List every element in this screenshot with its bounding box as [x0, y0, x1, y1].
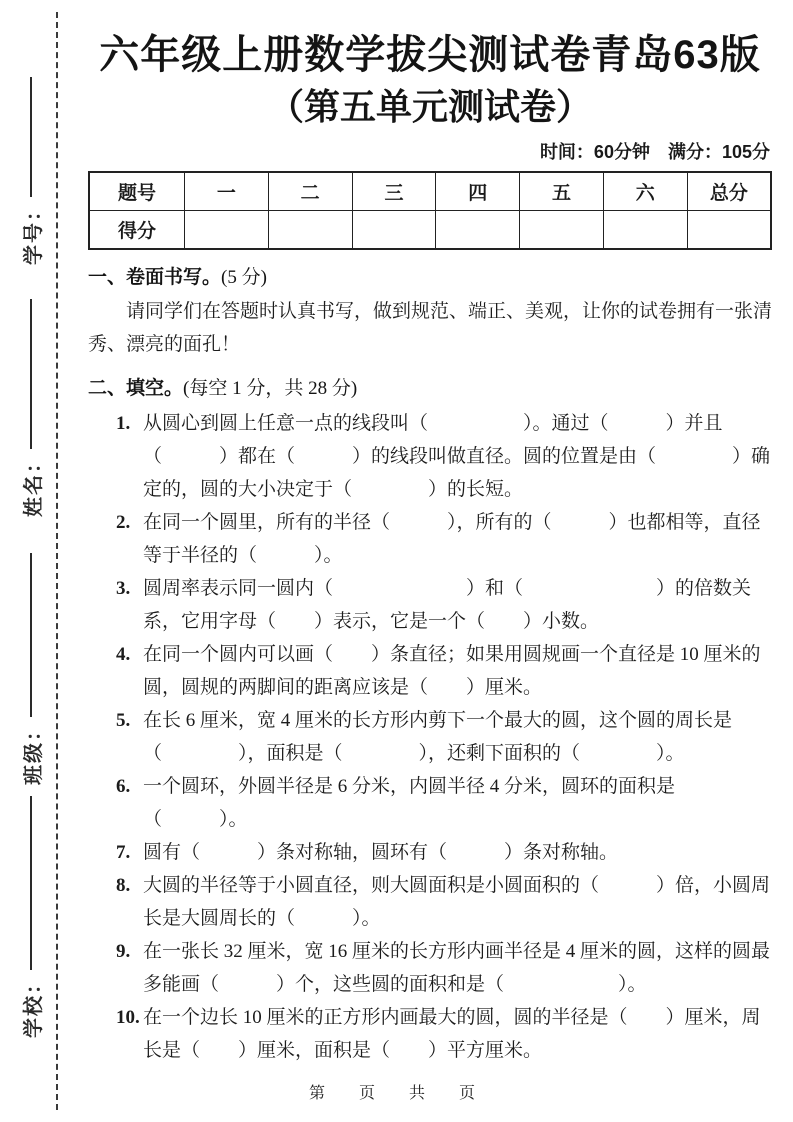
school-field: 学校： — [8, 796, 54, 1038]
fill-in-blank-items: 1. 从圆心到圆上任意一点的线段叫（ ）。通过（ ）并且（ ）都在（ ）的线段叫… — [88, 407, 772, 1067]
question-10: 10. 在一个边长 10 厘米的正方形内画最大的圆，圆的半径是（ ）厘米，周长是… — [88, 1001, 772, 1067]
question-10-number: 10. — [116, 1001, 140, 1034]
section2-heading: 二、填空。(每空 1 分，共 28 分) — [88, 374, 772, 404]
section1-heading: 一、卷面书写。(5 分) — [88, 263, 772, 293]
student-number-field: 学号： — [8, 77, 54, 265]
score-table-header-cell: 一 — [185, 172, 269, 211]
student-name-field: 姓名： — [8, 299, 54, 517]
question-8-text: 大圆的半径等于小圆直径，则大圆面积是小圆面积的（ ）倍，小圆周长是大圆周长的（ … — [143, 875, 770, 929]
time-and-score-info: 时间：60分钟 满分：105分 — [88, 138, 770, 164]
main-content: 六年级上册数学拔尖测试卷青岛63版 （第五单元测试卷） 时间：60分钟 满分：1… — [88, 28, 772, 1067]
score-table-header-cell: 三 — [352, 172, 436, 211]
question-5-number: 5. — [116, 704, 130, 737]
question-5-text: 在长 6 厘米，宽 4 厘米的长方形内剪下一个最大的圆，这个圆的周长是（ ），面… — [143, 710, 732, 764]
student-name-blank-line — [30, 299, 32, 449]
question-2: 2. 在同一个圆里，所有的半径（ ），所有的（ ）也都相等，直径等于半径的（ ）… — [88, 506, 772, 572]
exam-subtitle: （第五单元测试卷） — [88, 82, 772, 132]
question-7-number: 7. — [116, 836, 130, 869]
class-label: 班级： — [17, 719, 46, 785]
score-cell — [352, 211, 436, 250]
question-3-number: 3. — [116, 572, 130, 605]
question-9: 9. 在一张长 32 厘米，宽 16 厘米的长方形内画半径是 4 厘米的圆，这样… — [88, 935, 772, 1001]
student-info-sidebar: 学号： 姓名： 班级： 学校： — [8, 0, 54, 1122]
question-9-number: 9. — [116, 935, 130, 968]
question-3-text: 圆周率表示同一圆内（ ）和（ ）的倍数关系，它用字母（ ）表示，它是一个（ ）小… — [143, 578, 751, 632]
score-cell — [687, 211, 771, 250]
question-10-text: 在一个边长 10 厘米的正方形内画最大的圆，圆的半径是（ ）厘米，周长是（ ）厘… — [143, 1007, 761, 1061]
score-table-header-cell: 二 — [268, 172, 352, 211]
class-blank-line — [30, 553, 32, 717]
score-table-header-cell: 总分 — [687, 172, 771, 211]
score-row-label: 得分 — [89, 211, 185, 250]
question-9-text: 在一张长 32 厘米，宽 16 厘米的长方形内画半径是 4 厘米的圆，这样的圆最… — [143, 941, 770, 995]
question-6-text: 一个圆环，外圆半径是 6 分米，内圆半径 4 分米，圆环的面积是（ ）。 — [143, 776, 675, 830]
section2-title: 二、填空。 — [88, 378, 183, 399]
question-1-number: 1. — [116, 407, 130, 440]
section1-title: 一、卷面书写。 — [88, 267, 221, 288]
student-number-blank-line — [30, 77, 32, 197]
score-table-header-cell: 四 — [436, 172, 520, 211]
fold-dashed-line — [56, 12, 58, 1110]
score-table-header-cell: 题号 — [89, 172, 185, 211]
school-blank-line — [30, 796, 32, 970]
question-7: 7. 圆有（ ）条对称轴，圆环有（ ）条对称轴。 — [88, 836, 772, 869]
question-6-number: 6. — [116, 770, 130, 803]
section1-instruction-paragraph: 请同学们在答题时认真书写，做到规范、端正、美观，让你的试卷拥有一张清秀、漂亮的面… — [88, 295, 772, 361]
score-cell — [268, 211, 352, 250]
question-8: 8. 大圆的半径等于小圆直径，则大圆面积是小圆面积的（ ）倍，小圆周长是大圆周长… — [88, 869, 772, 935]
question-4: 4. 在同一个圆内可以画（ ）条直径；如果用圆规画一个直径是 10 厘米的圆，圆… — [88, 638, 772, 704]
score-table-header-cell: 六 — [603, 172, 687, 211]
score-cell — [520, 211, 604, 250]
section2-points-note: (每空 1 分，共 28 分) — [183, 378, 357, 399]
score-cell — [603, 211, 687, 250]
section1-points-note: (5 分) — [221, 267, 267, 288]
score-table-header-cell: 五 — [520, 172, 604, 211]
question-5: 5. 在长 6 厘米，宽 4 厘米的长方形内剪下一个最大的圆，这个圆的周长是（ … — [88, 704, 772, 770]
student-number-label: 学号： — [17, 199, 46, 265]
class-field: 班级： — [8, 553, 54, 785]
question-1-text: 从圆心到圆上任意一点的线段叫（ ）。通过（ ）并且（ ）都在（ ）的线段叫做直径… — [143, 413, 770, 500]
question-2-text: 在同一个圆里，所有的半径（ ），所有的（ ）也都相等，直径等于半径的（ ）。 — [143, 512, 761, 566]
score-table: 题号 一 二 三 四 五 六 总分 得分 — [88, 171, 772, 250]
question-8-number: 8. — [116, 869, 130, 902]
exam-paper-page: { "header": { "title_line1": "六年级上册数学拔尖测… — [0, 0, 793, 1122]
student-name-label: 姓名： — [17, 451, 46, 517]
question-7-text: 圆有（ ）条对称轴，圆环有（ ）条对称轴。 — [143, 842, 618, 863]
score-cell — [436, 211, 520, 250]
score-table-header-row: 题号 一 二 三 四 五 六 总分 — [89, 172, 771, 211]
question-2-number: 2. — [116, 506, 130, 539]
exam-title: 六年级上册数学拔尖测试卷青岛63版 — [88, 28, 772, 82]
question-1: 1. 从圆心到圆上任意一点的线段叫（ ）。通过（ ）并且（ ）都在（ ）的线段叫… — [88, 407, 772, 506]
question-3: 3. 圆周率表示同一圆内（ ）和（ ）的倍数关系，它用字母（ ）表示，它是一个（… — [88, 572, 772, 638]
score-cell — [185, 211, 269, 250]
school-label: 学校： — [17, 972, 46, 1038]
page-footer: 第 页 共 页 — [0, 1080, 793, 1103]
score-table-score-row: 得分 — [89, 211, 771, 250]
question-6: 6. 一个圆环，外圆半径是 6 分米，内圆半径 4 分米，圆环的面积是（ ）。 — [88, 770, 772, 836]
question-4-number: 4. — [116, 638, 130, 671]
question-4-text: 在同一个圆内可以画（ ）条直径；如果用圆规画一个直径是 10 厘米的圆，圆规的两… — [143, 644, 761, 698]
